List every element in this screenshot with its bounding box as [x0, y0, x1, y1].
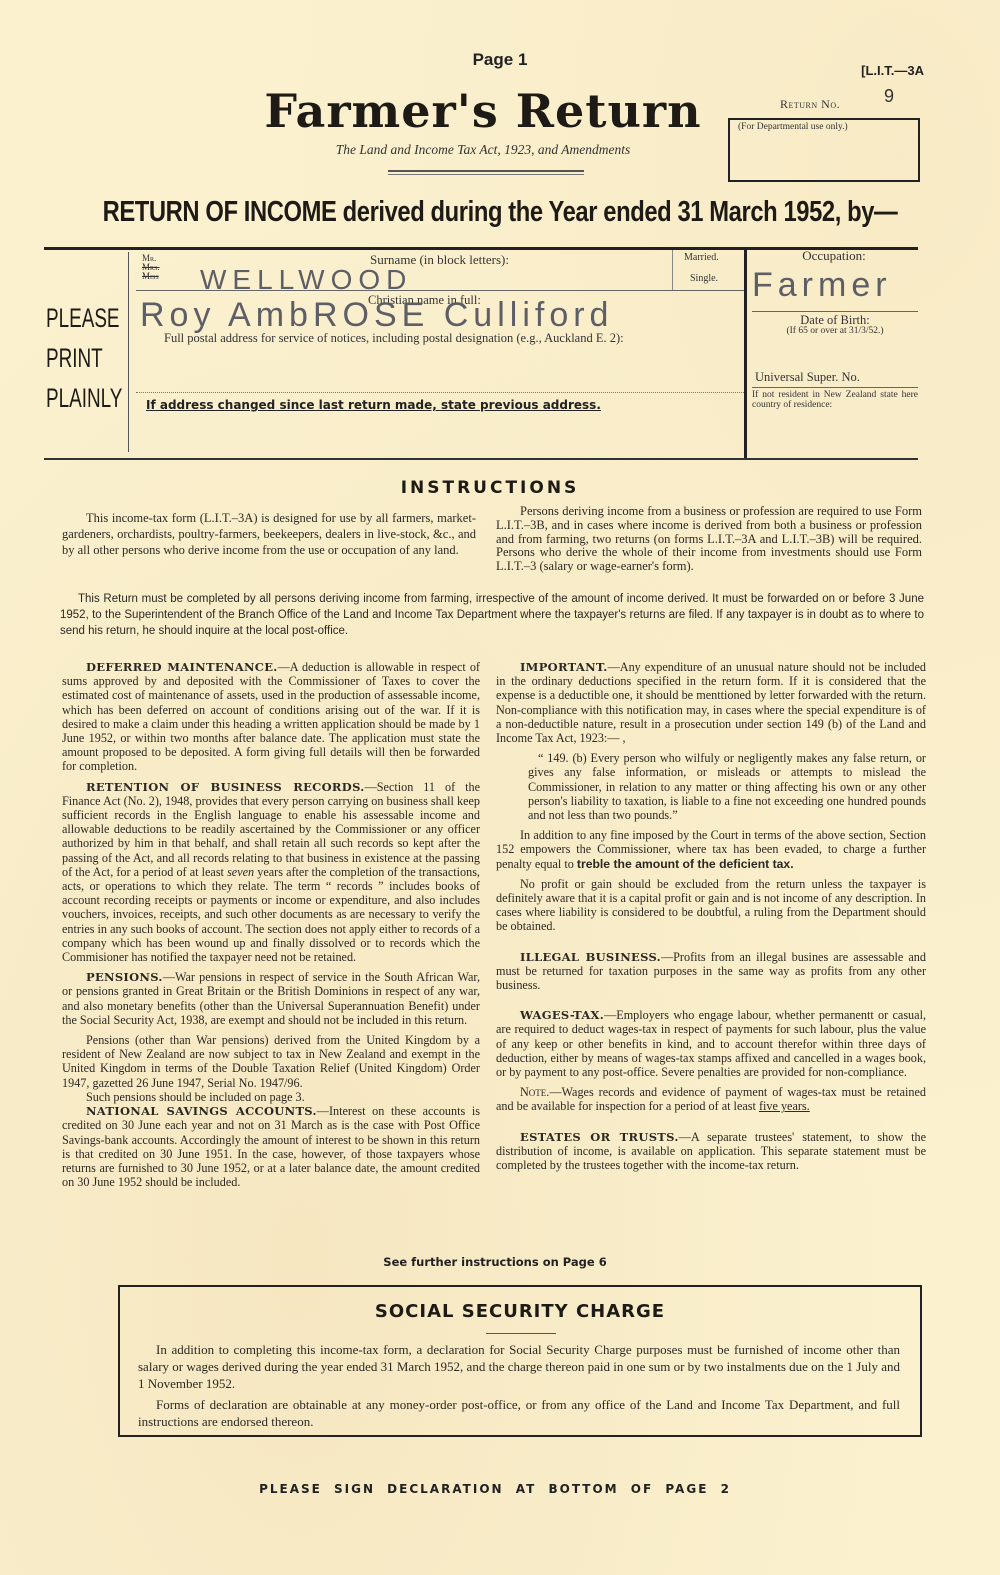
- date-of-birth-note: (If 65 or over at 31/3/52.): [752, 326, 918, 336]
- married-option[interactable]: Married.: [684, 252, 719, 263]
- social-security-box: SOCIAL SECURITY CHARGE In addition to co…: [118, 1285, 922, 1437]
- section-149-text: “ 149. (b) Every person who wilfuly or n…: [528, 751, 926, 822]
- departmental-use-box[interactable]: (For Departmental use only.): [728, 118, 920, 182]
- title-divider: [388, 170, 584, 175]
- instructions-right-column: IMPORTANT.—Any expenditure of an unusual…: [496, 660, 926, 1172]
- social-security-para-1: In addition to completing this income-ta…: [138, 1341, 900, 1392]
- pensions-heading: PENSIONS.: [86, 970, 163, 984]
- must-complete-notice: This Return must be completed by all per…: [60, 591, 924, 639]
- savings-heading: NATIONAL SAVINGS ACCOUNTS.: [86, 1104, 317, 1118]
- note-underlined: five years.: [759, 1099, 810, 1113]
- social-security-title: SOCIAL SECURITY CHARGE: [120, 1301, 920, 1322]
- surname-field[interactable]: WELLWOOD: [200, 264, 412, 296]
- previous-address-label: If address changed since last return mad…: [146, 398, 601, 412]
- print-word: PRINT: [46, 338, 122, 378]
- form-divider-middle: [744, 250, 747, 458]
- christian-name-field[interactable]: Roy AmbROSE Culliford: [140, 296, 613, 335]
- must-complete-text: This Return must be completed by all per…: [60, 591, 924, 639]
- occupation-field[interactable]: Farmer: [752, 266, 892, 305]
- intro-left: This income-tax form (L.I.T.–3A) is desi…: [62, 510, 476, 558]
- instructions-title: INSTRUCTIONS: [0, 478, 980, 498]
- illegal-heading: ILLEGAL BUSINESS.: [520, 950, 661, 964]
- single-option[interactable]: Single.: [690, 273, 718, 284]
- important: IMPORTANT.—Any expenditure of an unusual…: [496, 660, 926, 745]
- sign-declaration-note: PLEASE SIGN DECLARATION AT BOTTOM OF PAG…: [0, 1482, 990, 1496]
- penalty: In addition to any fine imposed by the C…: [496, 828, 926, 871]
- important-heading: IMPORTANT.: [520, 660, 608, 674]
- return-number-label: Return No.: [780, 97, 840, 112]
- see-further-instructions: See further instructions on Page 6: [0, 1255, 990, 1269]
- please-print-plainly: PLEASE PRINT PLAINLY: [46, 298, 122, 418]
- surname-rule: [136, 290, 744, 291]
- estates-heading: ESTATES OR TRUSTS.: [520, 1130, 679, 1144]
- social-security-body: In addition to completing this income-ta…: [138, 1341, 900, 1434]
- postal-address-field[interactable]: [136, 392, 744, 393]
- non-resident-label: If not resident in New Zealand state her…: [752, 390, 918, 410]
- penalty-bold: treble the amount of the deficient tax.: [577, 857, 794, 871]
- intro-right: Persons deriving income from a business …: [496, 505, 922, 574]
- pensions: PENSIONS.—War pensions in respect of ser…: [62, 970, 480, 1027]
- plainly-word: PLAINLY: [46, 378, 122, 418]
- please-word: PLEASE: [46, 298, 122, 338]
- intro-left-text: This income-tax form (L.I.T.–3A) is desi…: [62, 510, 476, 558]
- form-code: [L.I.T.—3A: [861, 63, 924, 78]
- return-number-mark: 9: [884, 86, 894, 107]
- deferred-maintenance: DEFERRED MAINTENANCE.—A deduction is all…: [62, 660, 480, 774]
- illegal-business: ILLEGAL BUSINESS.—Profits from an illega…: [496, 950, 926, 993]
- wages-heading: WAGES-TAX.: [520, 1008, 604, 1022]
- wages-note: Note.—Wages records and evidence of paym…: [496, 1085, 926, 1113]
- pensions-page-note: Such pensions should be included on page…: [62, 1090, 480, 1104]
- social-security-para-2: Forms of declaration are obtainable at a…: [138, 1396, 900, 1430]
- page-label: Page 1: [0, 50, 1000, 70]
- universal-super-label: Universal Super. No.: [755, 370, 860, 385]
- occupation-rule: [752, 311, 918, 312]
- note-body: —Wages records and evidence of payment o…: [496, 1085, 926, 1113]
- departmental-use-note: (For Departmental use only.): [738, 122, 848, 132]
- deferred-maintenance-body: —A deduction is allowable in respect of …: [62, 660, 480, 773]
- retention-body-2: years after the completion of the transa…: [62, 865, 480, 964]
- estates-trusts: ESTATES OR TRUSTS.—A separate trustees' …: [496, 1130, 926, 1173]
- note-heading: Note.: [520, 1085, 549, 1099]
- deferred-maintenance-heading: DEFERRED MAINTENANCE.: [86, 660, 278, 674]
- postal-address-label: Full postal address for service of notic…: [164, 331, 624, 346]
- occupation-label: Occupation:: [750, 248, 918, 264]
- national-savings: NATIONAL SAVINGS ACCOUNTS.—Interest on t…: [62, 1104, 480, 1189]
- title-miss[interactable]: Miss: [142, 272, 160, 281]
- pensions-uk: Pensions (other than War pensions) deriv…: [62, 1033, 480, 1090]
- form-bottom-rule: [44, 458, 918, 460]
- universal-super-rule: [752, 387, 918, 388]
- section-149-quote: “ 149. (b) Every person who wilfuly or n…: [496, 751, 926, 822]
- retention-records: RETENTION OF BUSINESS RECORDS.—Section 1…: [62, 780, 480, 965]
- return-headline: RETURN OF INCOME derived during the Year…: [90, 196, 910, 229]
- retention-italic: seven: [227, 865, 254, 879]
- instructions-left-column: DEFERRED MAINTENANCE.—A deduction is all…: [62, 660, 480, 1189]
- title-options[interactable]: Mr. Mrs. Miss: [142, 254, 160, 281]
- retention-heading: RETENTION OF BUSINESS RECORDS.: [86, 780, 365, 794]
- profit-gain: No profit or gain should be excluded fro…: [496, 877, 926, 934]
- form-divider-left: [128, 252, 129, 452]
- social-security-divider: [486, 1333, 556, 1334]
- intro-right-text: Persons deriving income from a business …: [496, 505, 922, 574]
- marital-status-divider: [672, 250, 673, 290]
- wages-tax: WAGES-TAX.—Employers who engage labour, …: [496, 1008, 926, 1079]
